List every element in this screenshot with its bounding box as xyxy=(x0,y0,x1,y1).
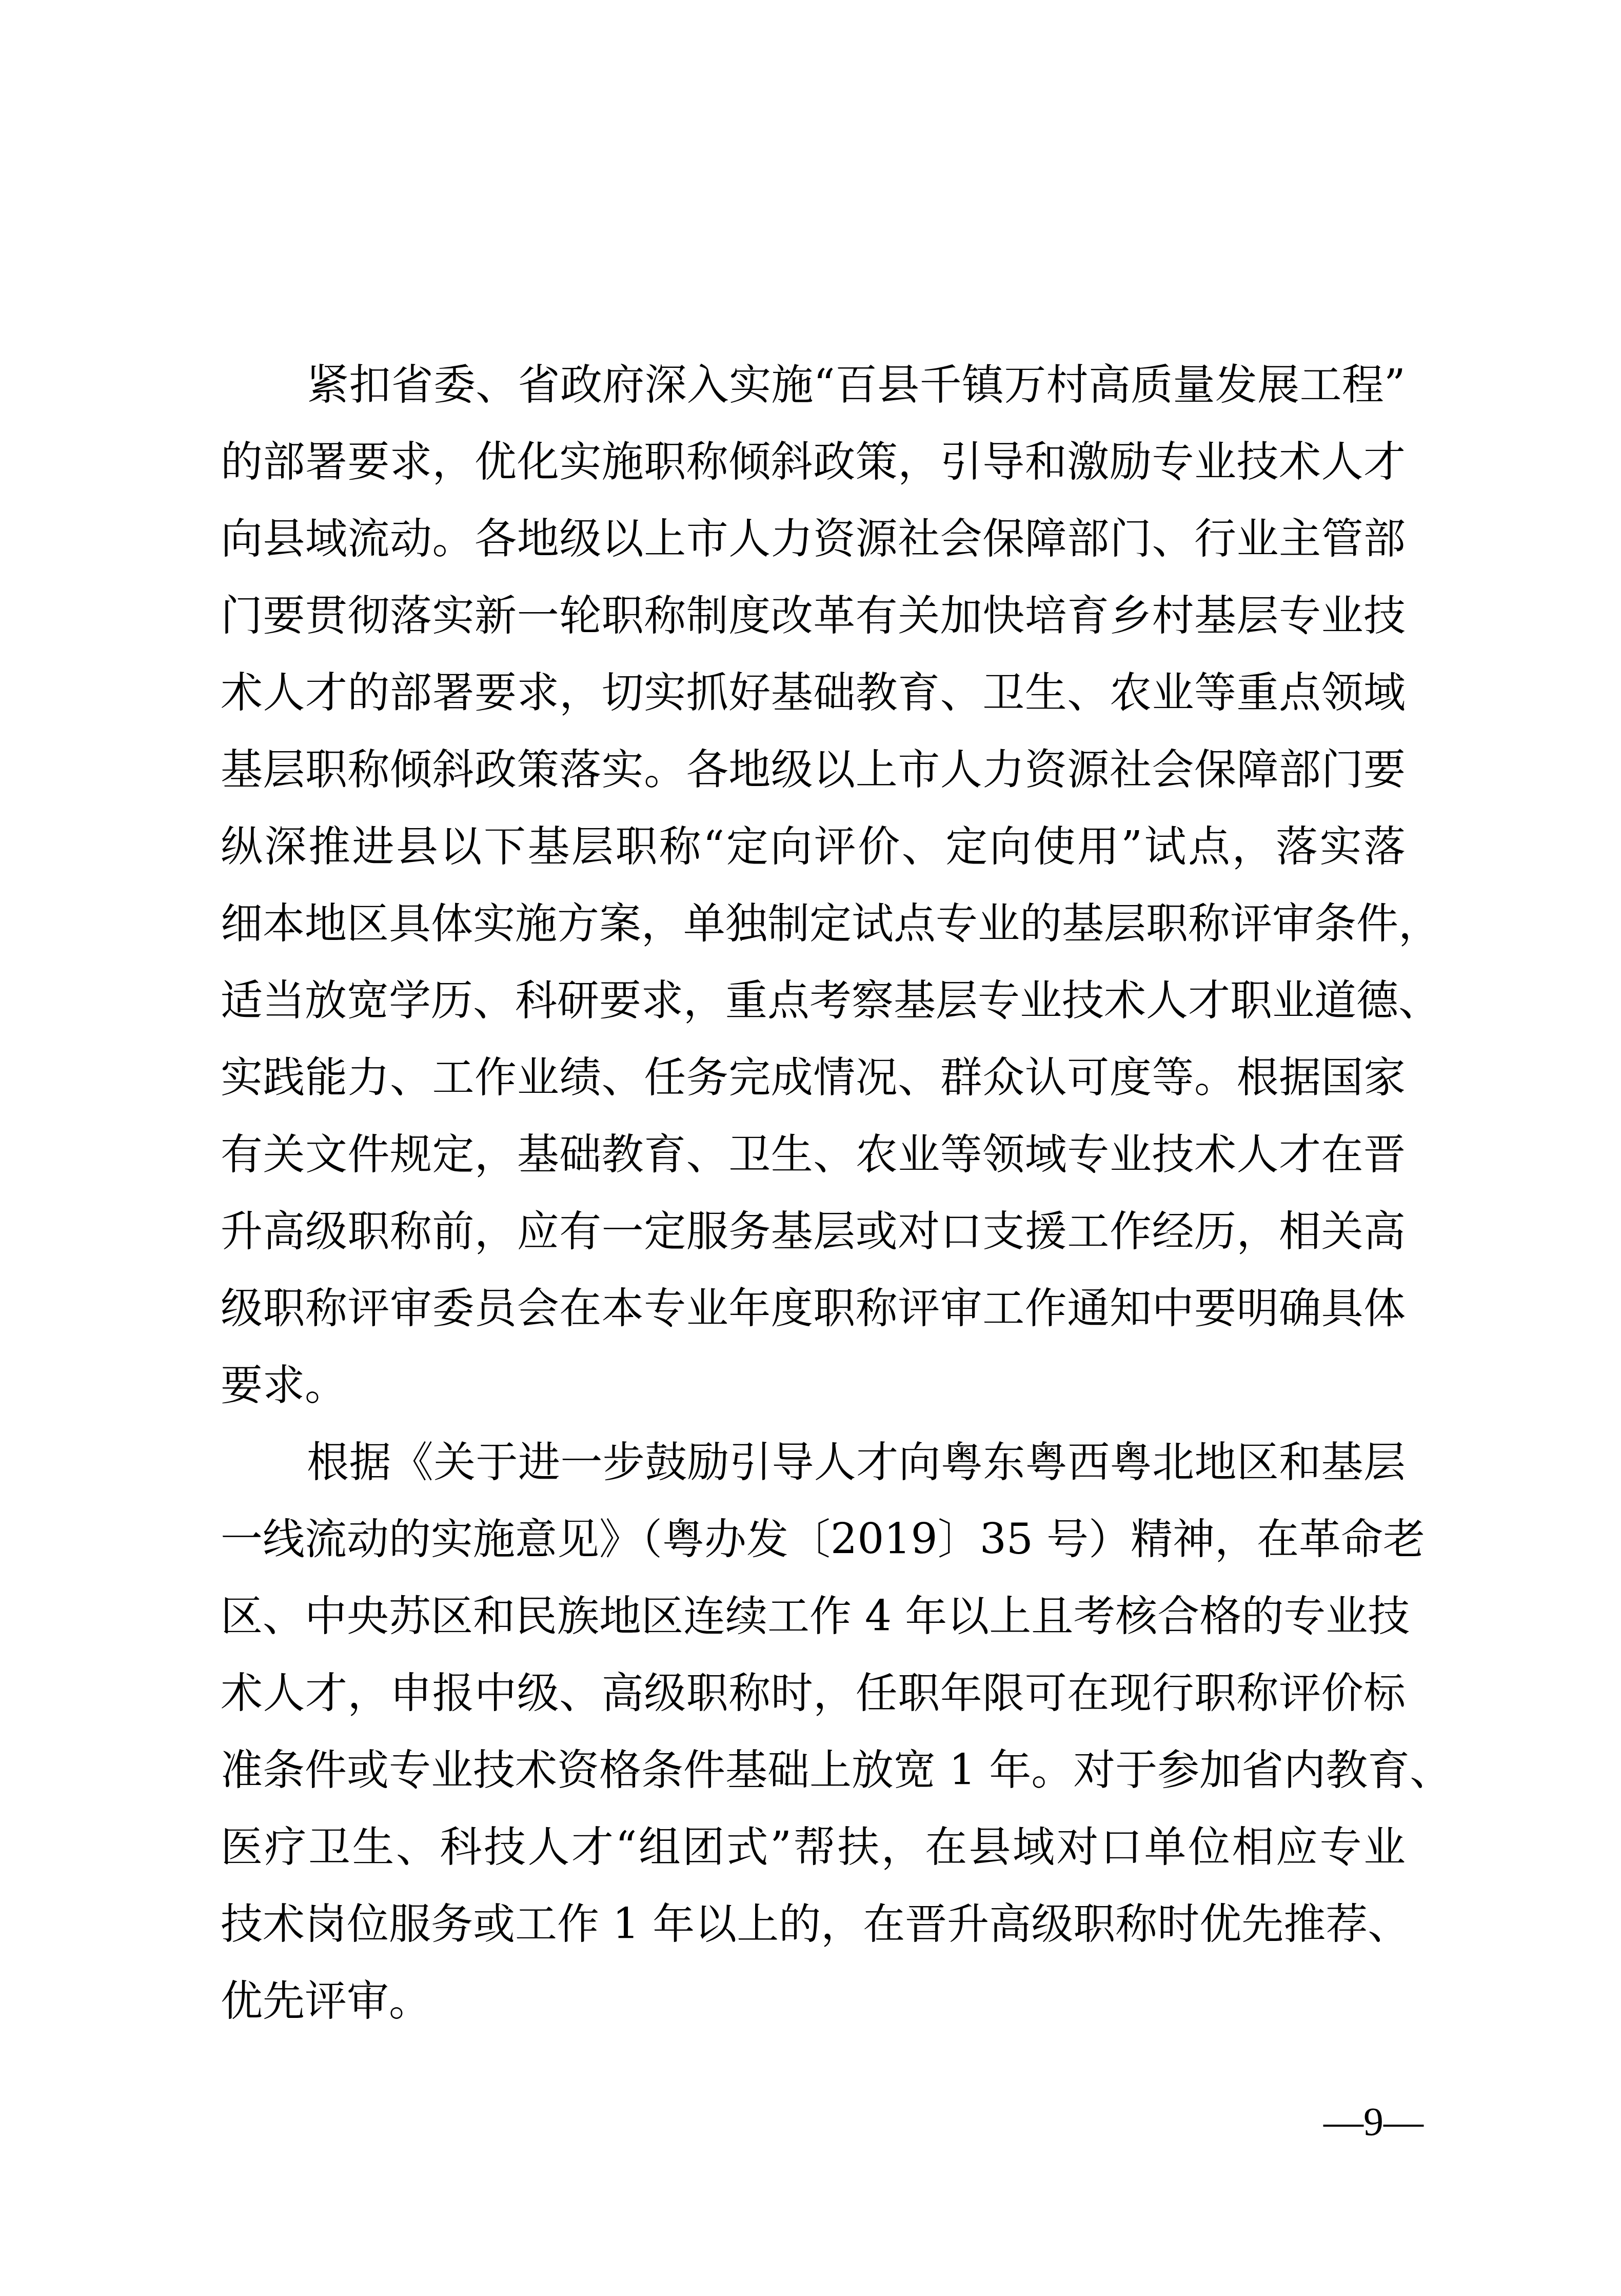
text-line: 级职称评审委员会在本专业年度职称评审工作通知中要明确具体 xyxy=(221,1270,1406,1347)
text-line: 医疗卫生、科技人才“组团式”帮扶，在县域对口单位相应专业 xyxy=(221,1809,1406,1886)
text-line: 有关文件规定，基础教育、卫生、农业等领域专业技术人才在晋 xyxy=(221,1116,1406,1193)
text-line: 紧扣省委、省政府深入实施“百县千镇万村高质量发展工程” xyxy=(221,347,1406,424)
paragraph-1: 紧扣省委、省政府深入实施“百县千镇万村高质量发展工程” 的部署要求，优化实施职称… xyxy=(221,347,1411,1424)
body-text: 紧扣省委、省政府深入实施“百县千镇万村高质量发展工程” 的部署要求，优化实施职称… xyxy=(221,347,1411,2040)
text-line: 术人才，申报中级、高级职称时，任职年限可在现行职称评价标 xyxy=(221,1655,1406,1732)
text-line: 要求。 xyxy=(221,1347,1406,1424)
text-line: 门要贯彻落实新一轮职称制度改革有关加快培育乡村基层专业技 xyxy=(221,578,1406,655)
text-line: 纵深推进县以下基层职称“定向评价、定向使用”试点，落实落 xyxy=(221,809,1406,886)
paragraph-2: 根据《关于进一步鼓励引导人才向粤东粤西粤北地区和基层 一线流动的实施意见》（粤办… xyxy=(221,1424,1411,2040)
text-line: 的部署要求，优化实施职称倾斜政策，引导和激励专业技术人才 xyxy=(221,424,1406,501)
text-line: 基层职称倾斜政策落实。各地级以上市人力资源社会保障部门要 xyxy=(221,732,1406,809)
text-line: 向县域流动。各地级以上市人力资源社会保障部门、行业主管部 xyxy=(221,501,1406,578)
text-line: 一线流动的实施意见》（粤办发〔2019〕35 号）精神，在革命老 xyxy=(221,1501,1406,1578)
text-line: 适当放宽学历、科研要求，重点考察基层专业技术人才职业道德、 xyxy=(221,963,1406,1039)
text-line: 区、中央苏区和民族地区连续工作 4 年以上且考核合格的专业技 xyxy=(221,1578,1406,1655)
text-line: 细本地区具体实施方案，单独制定试点专业的基层职称评审条件， xyxy=(221,886,1406,963)
page-number: —9— xyxy=(1323,2096,1424,2147)
text-line: 优先评审。 xyxy=(221,1963,1406,2040)
document-page: 紧扣省委、省政府深入实施“百县千镇万村高质量发展工程” 的部署要求，优化实施职称… xyxy=(0,0,1621,2296)
text-line: 术人才的部署要求，切实抓好基础教育、卫生、农业等重点领域 xyxy=(221,655,1406,732)
text-line: 升高级职称前，应有一定服务基层或对口支援工作经历，相关高 xyxy=(221,1193,1406,1270)
text-line: 准条件或专业技术资格条件基础上放宽 1 年。对于参加省内教育、 xyxy=(221,1732,1406,1809)
text-line: 实践能力、工作业绩、任务完成情况、群众认可度等。根据国家 xyxy=(221,1039,1406,1116)
text-line: 根据《关于进一步鼓励引导人才向粤东粤西粤北地区和基层 xyxy=(221,1424,1406,1501)
text-line: 技术岗位服务或工作 1 年以上的，在晋升高级职称时优先推荐、 xyxy=(221,1886,1406,1963)
